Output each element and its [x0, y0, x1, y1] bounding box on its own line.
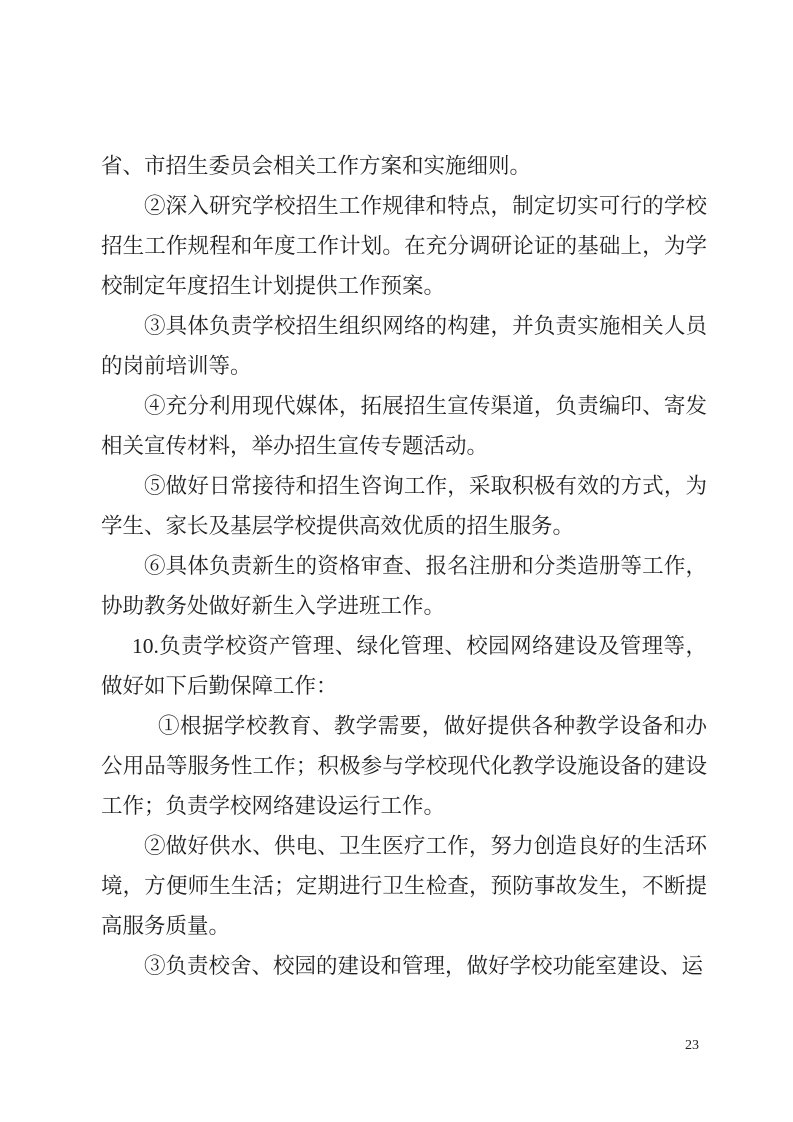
paragraph-item-10: 10.负责学校资产管理、绿化管理、校园网络建设及管理等，做好如下后勤保障工作：	[101, 626, 707, 706]
document-body: 省、市招生委员会相关工作方案和实施细则。 ②深入研究学校招生工作规律和特点，制定…	[101, 146, 707, 986]
paragraph-item-5: ⑤做好日常接待和招生咨询工作，采取积极有效的方式，为学生、家长及基层学校提供高效…	[101, 466, 707, 546]
paragraph-item-6: ⑥具体负责新生的资格审查、报名注册和分类造册等工作，协助教务处做好新生入学进班工…	[101, 546, 707, 626]
paragraph-continuation: 省、市招生委员会相关工作方案和实施细则。	[101, 146, 707, 186]
paragraph-item-4: ④充分利用现代媒体，拓展招生宣传渠道，负责编印、寄发相关宣传材料，举办招生宣传专…	[101, 386, 707, 466]
paragraph-sub-item-2: ②做好供水、供电、卫生医疗工作，努力创造良好的生活环境，方便师生生活；定期进行卫…	[101, 826, 707, 946]
paragraph-item-2: ②深入研究学校招生工作规律和特点，制定切实可行的学校招生工作规程和年度工作计划。…	[101, 186, 707, 306]
document-page: 省、市招生委员会相关工作方案和实施细则。 ②深入研究学校招生工作规律和特点，制定…	[0, 0, 793, 1122]
paragraph-sub-item-3: ③负责校舍、校园的建设和管理，做好学校功能室建设、运	[101, 946, 707, 986]
paragraph-item-3: ③具体负责学校招生组织网络的构建，并负责实施相关人员的岗前培训等。	[101, 306, 707, 386]
page-number: 23	[680, 1036, 704, 1056]
paragraph-sub-item-1: ①根据学校教育、教学需要，做好提供各种教学设备和办公用品等服务性工作；积极参与学…	[101, 706, 707, 826]
